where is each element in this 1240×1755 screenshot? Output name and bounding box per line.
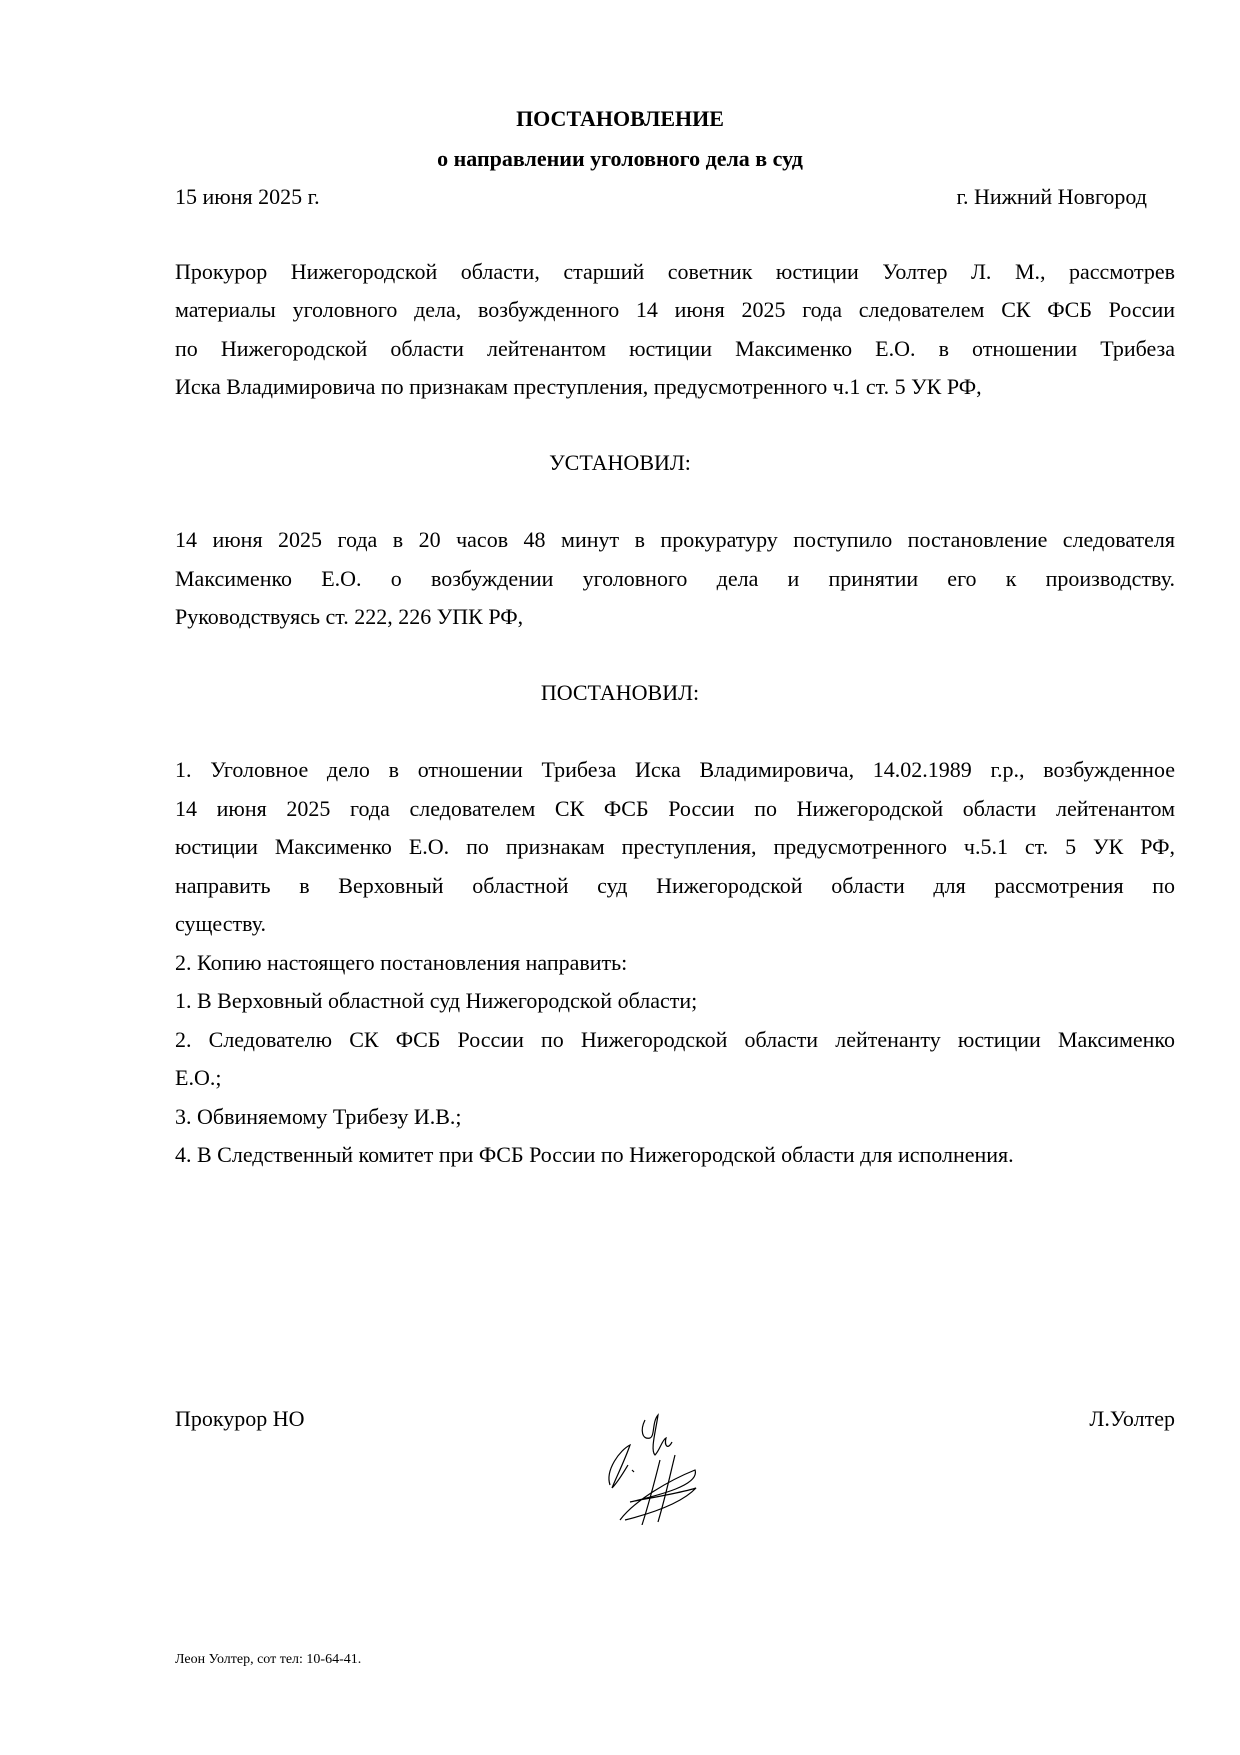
intro-line: по Нижегородской области лейтенантом юст… — [175, 336, 1175, 362]
established-line: Руководствуясь ст. 222, 226 УПК РФ, — [175, 604, 523, 630]
resolved-heading: ПОСТАНОВИЛ: — [0, 680, 1240, 706]
document-subtitle: о направлении уголовного дела в суд — [0, 146, 1240, 172]
intro-line: Прокурор Нижегородской области, старший … — [175, 259, 1175, 285]
resolved-item-2: 2. Копию настоящего постановления направ… — [175, 950, 627, 976]
signature-position: Прокурор НО — [175, 1406, 305, 1432]
footer-contact: Леон Уолтер, сот тел: 10-64-41. — [175, 1652, 361, 1668]
recipient-item: 2. Следователю СК ФСБ России по Нижегоро… — [175, 1027, 1175, 1053]
recipient-item: 4. В Следственный комитет при ФСБ России… — [175, 1142, 1014, 1168]
established-line: 14 июня 2025 года в 20 часов 48 минут в … — [175, 527, 1175, 553]
resolved-line: направить в Верховный областной суд Ниже… — [175, 873, 1175, 899]
handwritten-signature-icon — [600, 1410, 710, 1525]
document-city: г. Нижний Новгород — [956, 184, 1147, 210]
recipient-item: 3. Обвиняемому Трибезу И.В.; — [175, 1104, 462, 1130]
intro-line: Иска Владимировича по признакам преступл… — [175, 374, 982, 400]
recipient-item: 1. В Верховный областной суд Нижегородск… — [175, 988, 697, 1014]
resolved-line: 1. Уголовное дело в отношении Трибеза Ис… — [175, 757, 1175, 783]
resolved-line: 14 июня 2025 года следователем СК ФСБ Ро… — [175, 796, 1175, 822]
established-line: Максименко Е.О. о возбуждении уголовного… — [175, 566, 1175, 592]
recipient-item: Е.О.; — [175, 1065, 221, 1091]
established-heading: УСТАНОВИЛ: — [0, 450, 1240, 476]
resolved-line: юстиции Максименко Е.О. по признакам пре… — [175, 834, 1175, 860]
document-title: ПОСТАНОВЛЕНИЕ — [0, 106, 1240, 132]
document-date: 15 июня 2025 г. — [175, 184, 320, 210]
resolved-line: существу. — [175, 911, 266, 937]
signature-name: Л.Уолтер — [1089, 1406, 1175, 1432]
intro-line: материалы уголовного дела, возбужденного… — [175, 297, 1175, 323]
